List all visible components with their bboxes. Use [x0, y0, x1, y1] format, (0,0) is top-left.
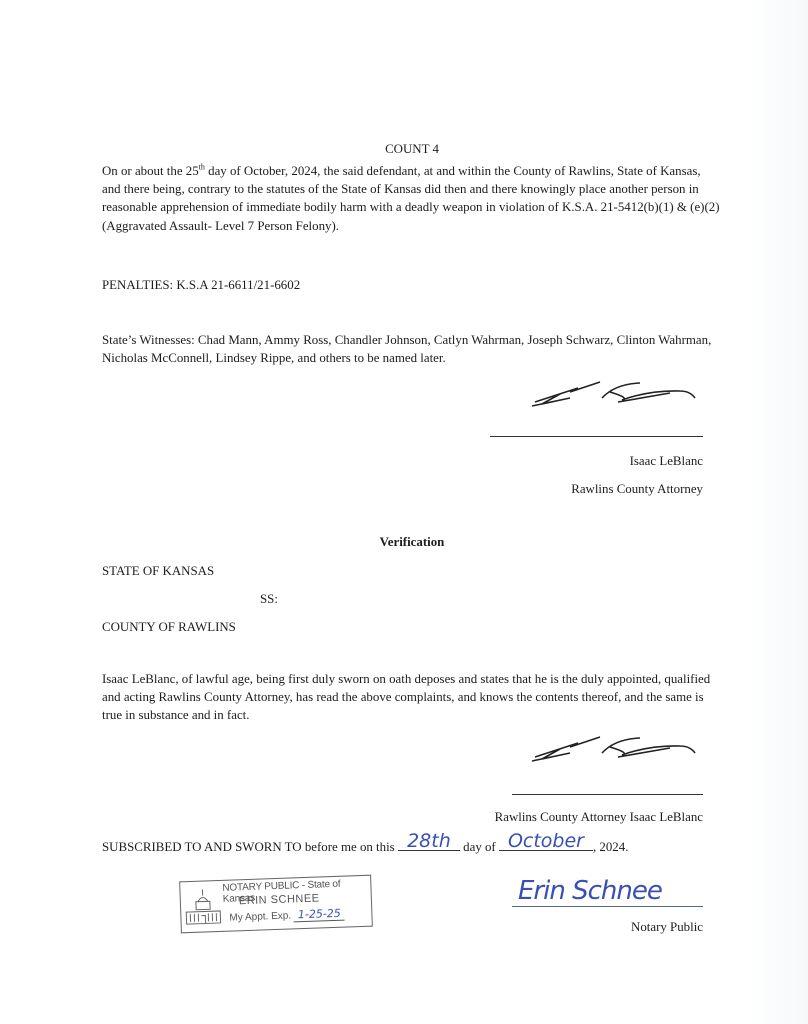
stamp-expiration-date: 1-25-25 — [294, 907, 345, 923]
jurat-suffix: , 2024. — [593, 840, 628, 854]
stamp-expiration-label: My Appt. Exp. — [229, 910, 291, 923]
venue-county: COUNTY OF RAWLINS — [102, 618, 236, 636]
signature-line-2 — [512, 794, 703, 795]
jurat-month: October — [499, 831, 593, 851]
venue-state: STATE OF KANSAS — [102, 562, 214, 580]
signature-line-1 — [490, 436, 703, 437]
jurat-middle: day of — [463, 840, 496, 854]
verification-statement: Isaac LeBlanc, of lawful age, being firs… — [102, 670, 722, 725]
attorney-signature-2 — [530, 733, 700, 765]
count-body: On or about the 25th day of October, 202… — [102, 162, 722, 235]
jurat-day: 28th — [398, 831, 460, 851]
notary-caption: Notary Public — [480, 918, 703, 936]
jurat-day-blank: 28th — [398, 836, 460, 851]
witnesses-list: State’s Witnesses: Chad Mann, Ammy Ross,… — [102, 331, 722, 367]
attorney-title: Rawlins County Attorney — [480, 480, 703, 498]
count-heading: COUNT 4 — [102, 140, 722, 158]
scan-edge-shadow — [748, 0, 808, 1024]
notary-signature: Erin Schnee — [518, 876, 662, 906]
attorney-caption: Rawlins County Attorney Isaac LeBlanc — [400, 808, 703, 826]
capitol-building-icon — [183, 887, 222, 928]
stamp-notary-name: ERIN SCHNEE — [239, 892, 320, 907]
verification-heading: Verification — [102, 533, 722, 551]
jurat-prefix: SUBSCRIBED TO AND SWORN TO before me on … — [102, 840, 395, 854]
venue-ss: SS: — [260, 590, 278, 608]
document-page: COUNT 4 On or about the 25th day of Octo… — [0, 0, 808, 1024]
attorney-signature — [530, 378, 700, 410]
notary-stamp: NOTARY PUBLIC - State of Kansas ERIN SCH… — [179, 875, 373, 934]
jurat-month-blank: October — [499, 836, 593, 851]
attorney-name: Isaac LeBlanc — [480, 452, 703, 470]
stamp-expiration: My Appt. Exp. 1-25-25 — [229, 907, 345, 924]
penalties-line: PENALTIES: K.S.A 21-6611/21-6602 — [102, 276, 300, 294]
notary-signature-line — [512, 906, 703, 907]
count-intro: On or about the 25 — [102, 164, 199, 178]
jurat-line: SUBSCRIBED TO AND SWORN TO before me on … — [102, 836, 628, 856]
